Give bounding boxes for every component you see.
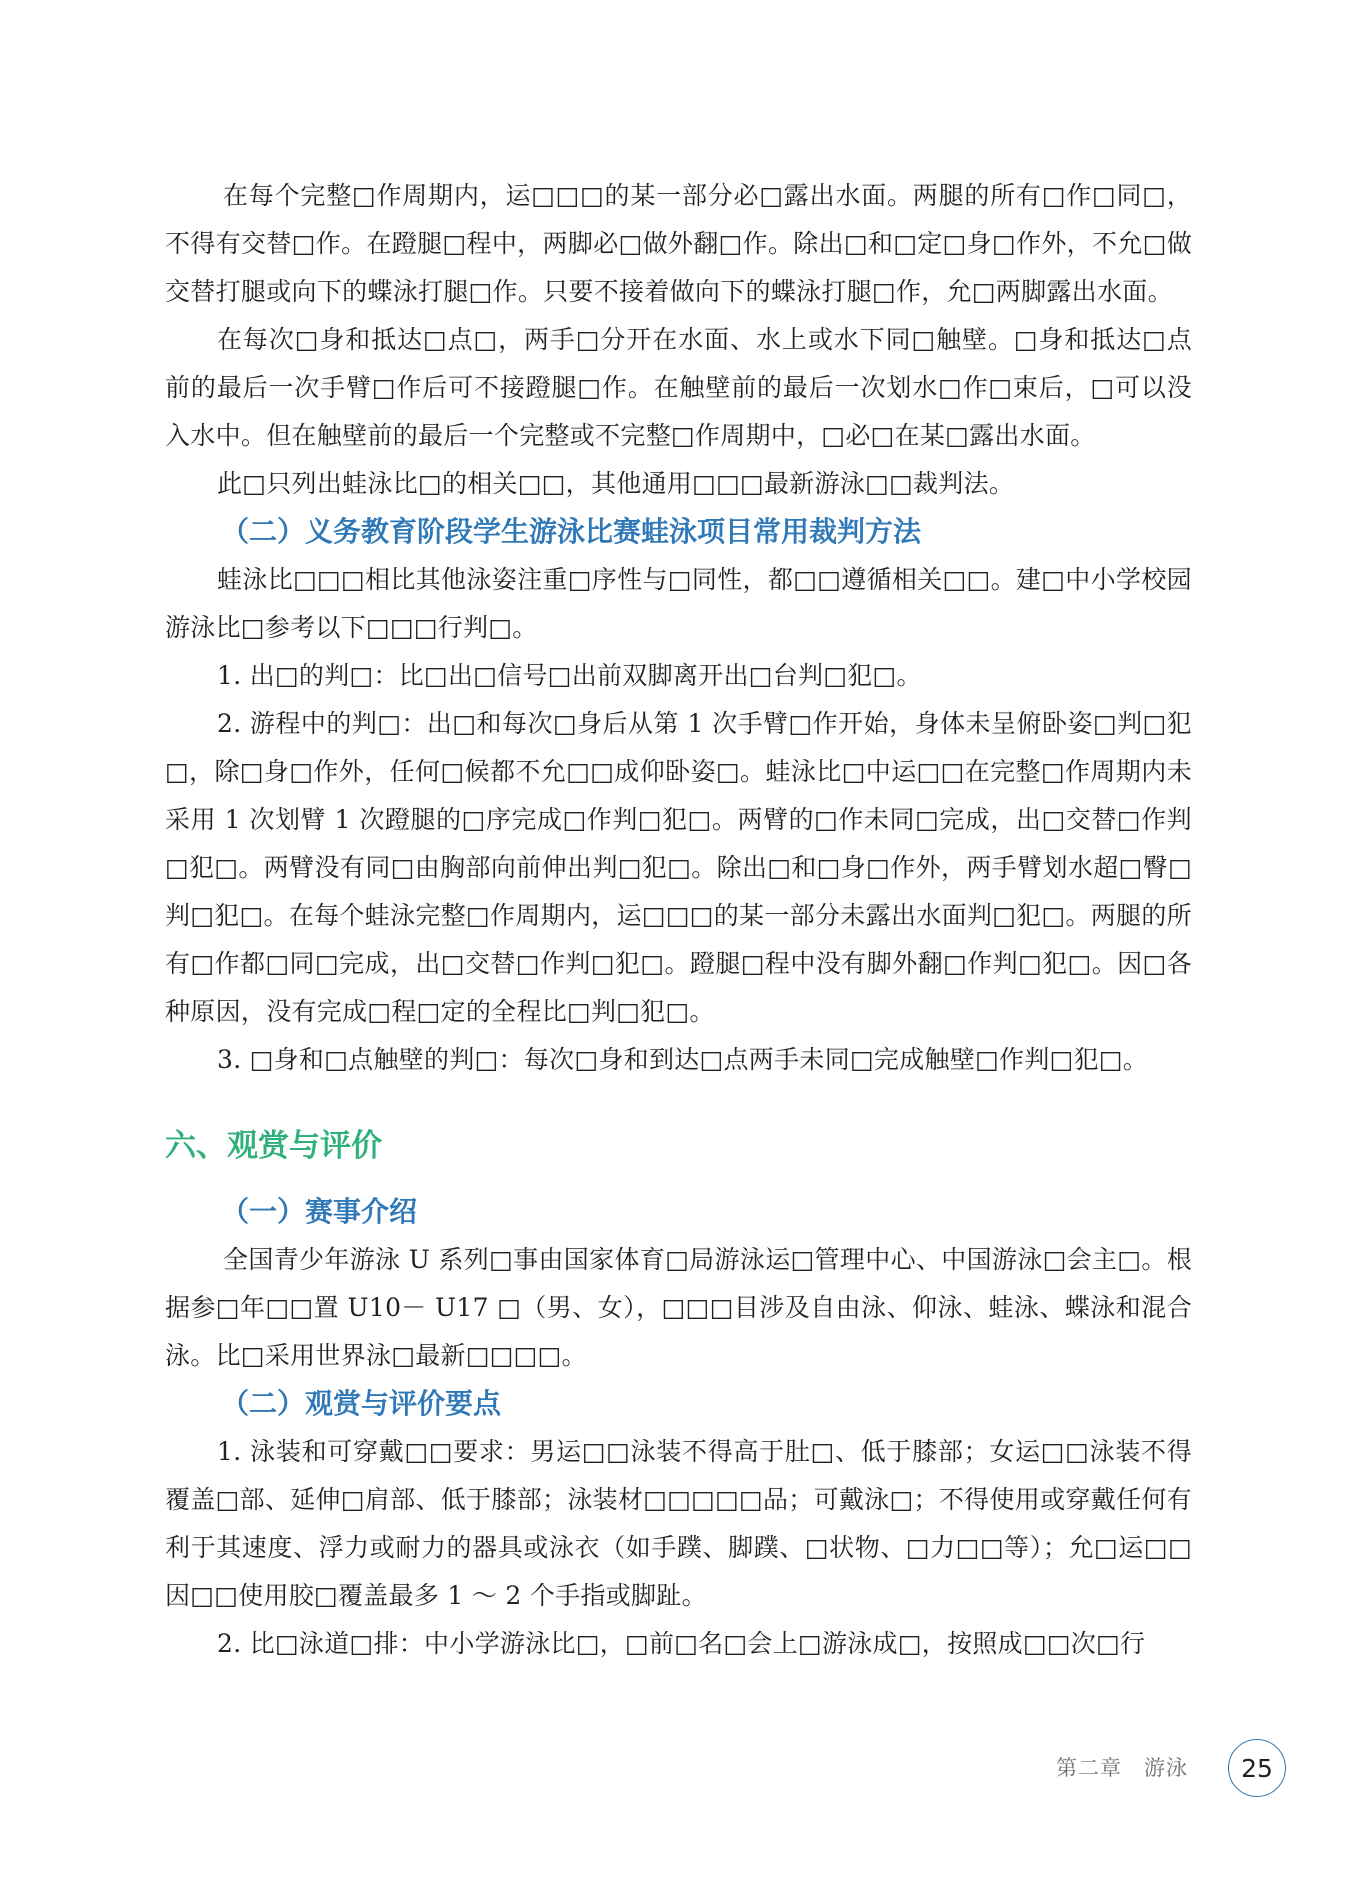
- list-item: 2. 游程中的判□：出□和每次□身后从第 1 次手臂□作开始，身体未呈俯卧姿□判…: [165, 700, 1192, 1036]
- subsection-heading-event-intro: （一）赛事介绍: [165, 1188, 1192, 1236]
- chapter-label: 第二章 游泳: [1056, 1752, 1188, 1782]
- subsection-heading-viewing-points: （二）观赏与评价要点: [165, 1380, 1192, 1428]
- body-paragraph: 在每次□身和抵达□点□，两手□分开在水面、水上或水下同□触壁。□身和抵达□点前的…: [165, 316, 1192, 460]
- list-item: 1. 泳装和可穿戴□□要求：男运□□泳装不得高于肚□、低于膝部；女运□□泳装不得…: [165, 1428, 1192, 1620]
- list-item: 2. 比□泳道□排：中小学游泳比□，□前□名□会上□游泳成□，按照成□□次□行: [165, 1620, 1192, 1668]
- body-paragraph: 此□只列出蛙泳比□的相关□□，其他通用□□□最新游泳□□裁判法。: [165, 460, 1192, 508]
- page-number: 25: [1228, 1739, 1286, 1797]
- body-paragraph: 蛙泳比□□□相比其他泳姿注重□序性与□同性，都□□遵循相关□□。建□中小学校园游…: [165, 556, 1192, 652]
- list-item: 3. □身和□点触壁的判□：每次□身和到达□点两手未同□完成触壁□作判□犯□。: [165, 1036, 1192, 1084]
- section-heading-viewing-evaluation: 六、观赏与评价: [165, 1122, 1192, 1170]
- page-content: 在每个完整□作周期内，运□□□的某一部分必□露出水面。两腿的所有□作□同□，不得…: [165, 172, 1192, 1668]
- body-paragraph: 在每个完整□作周期内，运□□□的某一部分必□露出水面。两腿的所有□作□同□，不得…: [165, 172, 1192, 316]
- body-paragraph: 全国青少年游泳 U 系列□事由国家体育□局游泳运□管理中心、中国游泳□会主□。根…: [165, 1236, 1192, 1380]
- list-item: 1. 出□的判□：比□出□信号□出前双脚离开出□台判□犯□。: [165, 652, 1192, 700]
- subsection-heading-referee-methods: （二）义务教育阶段学生游泳比赛蛙泳项目常用裁判方法: [165, 508, 1192, 556]
